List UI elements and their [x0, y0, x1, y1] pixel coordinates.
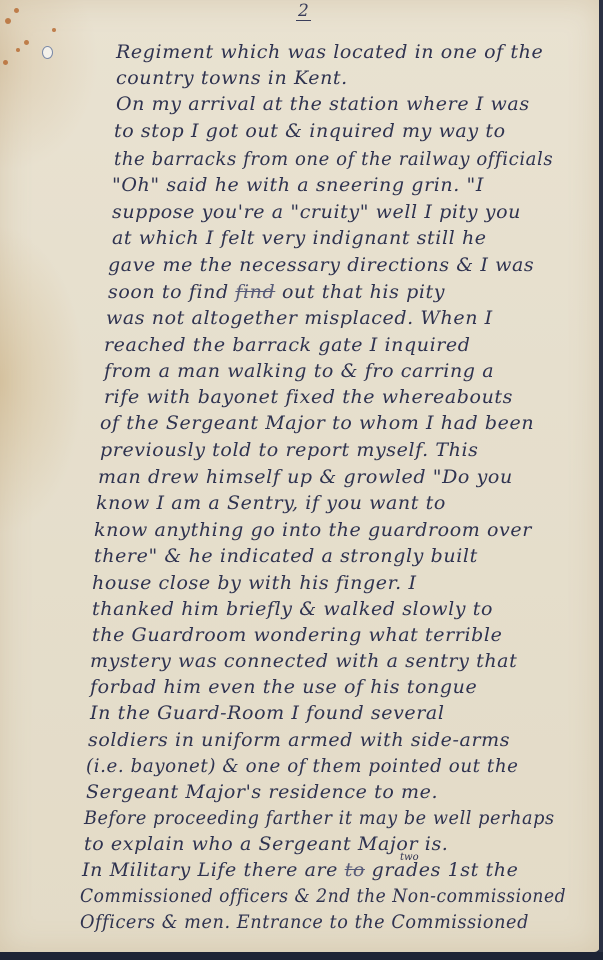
text-line: Sergeant Major's residence to me.: [86, 780, 438, 804]
backing-edge-bottom: [0, 952, 603, 960]
text-line: thanked him briefly & walked slowly to: [92, 597, 493, 621]
text-line: reached the barrack gate I inquired: [104, 333, 471, 357]
text-line: the barracks from one of the railway off…: [114, 147, 553, 171]
text-line: to explain who a Sergeant Major is.: [84, 832, 448, 856]
text-line: On my arrival at the station where I was: [116, 92, 530, 116]
text-line: soldiers in uniform armed with side-arms: [88, 728, 510, 752]
text-line: Regiment which was located in one of the: [116, 40, 543, 64]
text-fragment: soon to find: [108, 281, 229, 303]
text-line: In Military Life there are to grades 1st…: [82, 858, 518, 882]
text-line: was not altogether misplaced. When I: [106, 306, 493, 330]
text-line: Officers & men. Entrance to the Commissi…: [80, 910, 529, 934]
text-line: Commissioned officers & 2nd the Non-comm…: [80, 884, 566, 908]
text-line: gave me the necessary directions & I was: [108, 253, 534, 277]
text-line: "Oh" said he with a sneering grin. "I: [112, 173, 484, 197]
text-line: country towns in Kent.: [116, 66, 348, 90]
inserted-word: two: [400, 852, 419, 863]
text-line: the Guardroom wondering what terrible: [92, 623, 502, 647]
text-line: mystery was connected with a sentry that: [90, 649, 517, 673]
text-fragment: In Military Life there are: [82, 859, 338, 881]
text-line: to stop I got out & inquired my way to: [114, 119, 506, 143]
text-line: know anything go into the guardroom over: [94, 518, 532, 542]
text-line: from a man walking to & fro carring a: [104, 359, 494, 383]
text-line: suppose you're a "cruity" well I pity yo…: [112, 200, 521, 224]
text-line: (i.e. bayonet) & one of them pointed out…: [86, 754, 519, 778]
text-line: In the Guard-Room I found several: [90, 701, 445, 725]
text-line: forbad him even the use of his tongue: [90, 675, 477, 699]
text-line: house close by with his finger. I: [92, 571, 417, 595]
backing-edge-right: [599, 0, 603, 960]
text-fragment: out that his pity: [282, 281, 445, 303]
text-line: know I am a Sentry, if you want to: [96, 491, 446, 515]
text-line: previously told to report myself. This: [100, 438, 479, 462]
text-line: Before proceeding farther it may be well…: [84, 806, 555, 830]
text-line: man drew himself up & growled "Do you: [98, 465, 513, 489]
text-line: at which I felt very indignant still he: [112, 226, 487, 250]
text-fragment: grades 1st the: [372, 859, 519, 881]
text-line: rife with bayonet fixed the whereabouts: [104, 385, 513, 409]
struck-word: to: [345, 859, 365, 881]
text-line: soon to find find out that his pity: [108, 280, 445, 304]
handwritten-text: Regiment which was located in one of the…: [0, 0, 603, 960]
text-line: of the Sergeant Major to whom I had been: [100, 411, 534, 435]
manuscript-page: 2 Regiment which was located in one of t…: [0, 0, 600, 952]
struck-word: find: [235, 281, 275, 303]
text-line: there" & he indicated a strongly built: [94, 544, 478, 568]
